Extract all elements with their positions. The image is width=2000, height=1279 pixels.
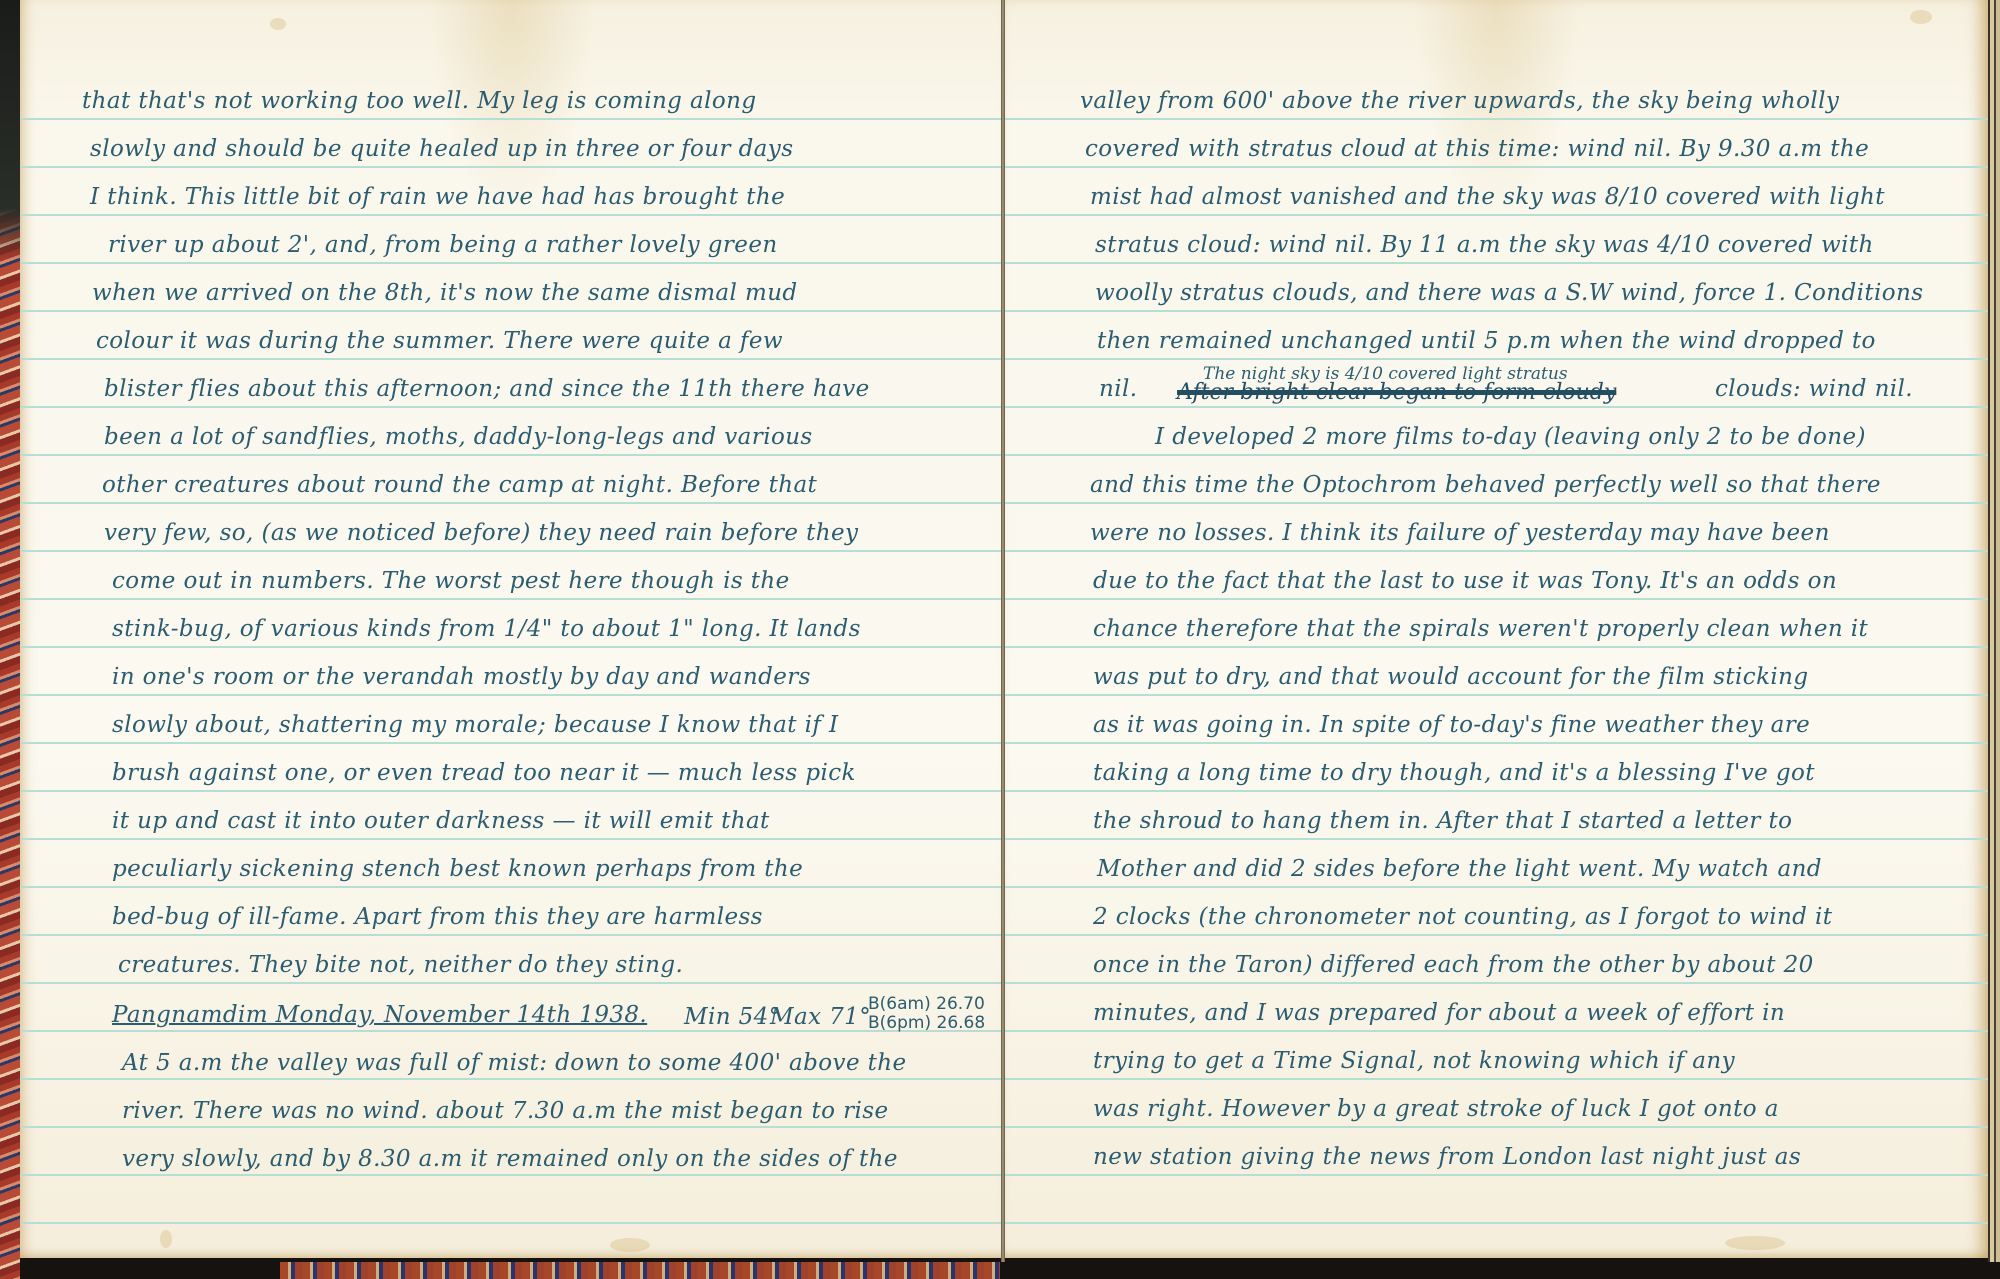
- min-temperature: Min 54°: [684, 1004, 781, 1030]
- rule-line: [20, 982, 1003, 984]
- rule-line: [20, 838, 1003, 840]
- text-line: valley from 600' above the river upwards…: [1080, 88, 1839, 114]
- rule-line: [1005, 1222, 1988, 1224]
- rule-line: [1005, 214, 1988, 216]
- rule-line: [20, 646, 1003, 648]
- rule-line: [20, 1174, 1003, 1176]
- rule-line: [20, 358, 1003, 360]
- text-line: when we arrived on the 8th, it's now the…: [92, 280, 798, 306]
- rule-line: [20, 694, 1003, 696]
- rule-line: [1005, 1126, 1988, 1128]
- text-line: At 5 a.m the valley was full of mist: do…: [122, 1050, 907, 1076]
- rule-line: [20, 118, 1003, 120]
- text-line: 2 clocks (the chronometer not counting, …: [1093, 904, 1832, 930]
- text-line: creatures. They bite not, neither do the…: [118, 952, 683, 978]
- text-line: bed-bug of ill-fame. Apart from this the…: [112, 904, 763, 930]
- barometer-morning: B(6am) 26.70: [868, 995, 985, 1013]
- rule-line: [1005, 742, 1988, 744]
- text-line: brush against one, or even tread too nea…: [112, 760, 856, 786]
- rule-line: [1005, 646, 1988, 648]
- rule-line: [1005, 1030, 1988, 1032]
- text-line: come out in numbers. The worst pest here…: [112, 568, 790, 594]
- correction-line-end: clouds: wind nil.: [1715, 376, 1913, 402]
- text-line: in one's room or the verandah mostly by …: [112, 664, 811, 690]
- text-line: was right. However by a great stroke of …: [1093, 1096, 1779, 1122]
- text-line: I developed 2 more films to-day (leaving…: [1155, 424, 1866, 450]
- rule-line: [20, 1030, 1003, 1032]
- max-temperature: Max 71°: [770, 1004, 871, 1030]
- text-line: very slowly, and by 8.30 a.m it remained…: [122, 1146, 898, 1172]
- text-line: other creatures about round the camp at …: [102, 472, 817, 498]
- rule-line: [1005, 1174, 1988, 1176]
- rule-line: [1005, 886, 1988, 888]
- rule-line: [1005, 694, 1988, 696]
- rule-line: [20, 310, 1003, 312]
- text-line: very few, so, (as we noticed before) the…: [104, 520, 858, 546]
- rule-line: [1005, 934, 1988, 936]
- text-line: once in the Taron) differed each from th…: [1093, 952, 1814, 978]
- text-line: colour it was during the summer. There w…: [96, 328, 783, 354]
- rule-line: [20, 502, 1003, 504]
- text-line: the shroud to hang them in. After that I…: [1093, 808, 1792, 834]
- rule-line: [20, 1078, 1003, 1080]
- rule-line: [20, 1126, 1003, 1128]
- text-line: that that's not working too well. My leg…: [82, 88, 756, 114]
- text-line: slowly and should be quite healed up in …: [90, 136, 793, 162]
- rule-line: [1005, 1078, 1988, 1080]
- rule-line: [20, 550, 1003, 552]
- text-line: I think. This little bit of rain we have…: [90, 184, 785, 210]
- text-line: stratus cloud: wind nil. By 11 a.m the s…: [1095, 232, 1874, 258]
- text-line: covered with stratus cloud at this time:…: [1085, 136, 1869, 162]
- text-line: been a lot of sandflies, moths, daddy-lo…: [104, 424, 813, 450]
- page-stack-edge-right: [1988, 0, 2000, 1262]
- correction-line-start: nil.: [1099, 376, 1137, 402]
- rule-line: [1005, 598, 1988, 600]
- text-line: blister flies about this afternoon; and …: [104, 376, 870, 402]
- rule-line: [1005, 838, 1988, 840]
- barometer-evening: B(6pm) 26.68: [868, 1014, 985, 1032]
- text-line: woolly stratus clouds, and there was a S…: [1095, 280, 1923, 306]
- rule-line: [1005, 166, 1988, 168]
- rule-line: [1005, 118, 1988, 120]
- rule-line: [20, 166, 1003, 168]
- text-line: due to the fact that the last to use it …: [1093, 568, 1837, 594]
- text-line: as it was going in. In spite of to-day's…: [1093, 712, 1810, 738]
- rule-line: [20, 886, 1003, 888]
- rule-line: [1005, 406, 1988, 408]
- entry-heading-date: Pangnamdim Monday, November 14th 1938.: [112, 1002, 647, 1028]
- rule-line: [20, 262, 1003, 264]
- text-line: new station giving the news from London …: [1093, 1144, 1801, 1170]
- rule-line: [20, 214, 1003, 216]
- text-line: taking a long time to dry though, and it…: [1093, 760, 1815, 786]
- text-line: were no losses. I think its failure of y…: [1090, 520, 1830, 546]
- rule-line: [20, 790, 1003, 792]
- rule-line: [20, 598, 1003, 600]
- text-line: peculiarly sickening stench best known p…: [112, 856, 803, 882]
- rule-line: [1005, 502, 1988, 504]
- rule-line: [1005, 358, 1988, 360]
- struck-through-text: After bright clear began to form cloudy: [1177, 380, 1616, 405]
- rule-line: [1005, 790, 1988, 792]
- text-line: it up and cast it into outer darkness — …: [112, 808, 770, 834]
- text-line: river. There was no wind. about 7.30 a.m…: [122, 1098, 889, 1124]
- rule-line: [20, 742, 1003, 744]
- text-line: river up about 2', and, from being a rat…: [108, 232, 778, 258]
- rule-line: [1005, 454, 1988, 456]
- text-line: mist had almost vanished and the sky was…: [1090, 184, 1885, 210]
- text-line: trying to get a Time Signal, not knowing…: [1093, 1048, 1735, 1074]
- rule-line: [1005, 982, 1988, 984]
- rule-line: [20, 454, 1003, 456]
- rule-line: [20, 934, 1003, 936]
- text-line: and this time the Optochrom behaved perf…: [1090, 472, 1881, 498]
- text-line: stink-bug, of various kinds from 1/4" to…: [112, 616, 861, 642]
- cover-edge-dark: [0, 0, 20, 260]
- rule-line: [1005, 262, 1988, 264]
- marbled-book-edge-bottom: [280, 1262, 1000, 1279]
- rule-line: [1005, 310, 1988, 312]
- text-line: Mother and did 2 sides before the light …: [1097, 856, 1822, 882]
- text-line: slowly about, shattering my morale; beca…: [112, 712, 839, 738]
- rule-line: [1005, 550, 1988, 552]
- marbled-book-edge-left: [0, 0, 20, 1279]
- text-line: then remained unchanged until 5 p.m when…: [1097, 328, 1876, 354]
- text-line: was put to dry, and that would account f…: [1093, 664, 1809, 690]
- text-line: chance therefore that the spirals weren'…: [1093, 616, 1868, 642]
- rule-line: [20, 1222, 1003, 1224]
- text-line: minutes, and I was prepared for about a …: [1093, 1000, 1785, 1026]
- rule-line: [20, 406, 1003, 408]
- left-page: that that's not working too well. My leg…: [20, 0, 1005, 1258]
- right-page: valley from 600' above the river upwards…: [1005, 0, 1988, 1258]
